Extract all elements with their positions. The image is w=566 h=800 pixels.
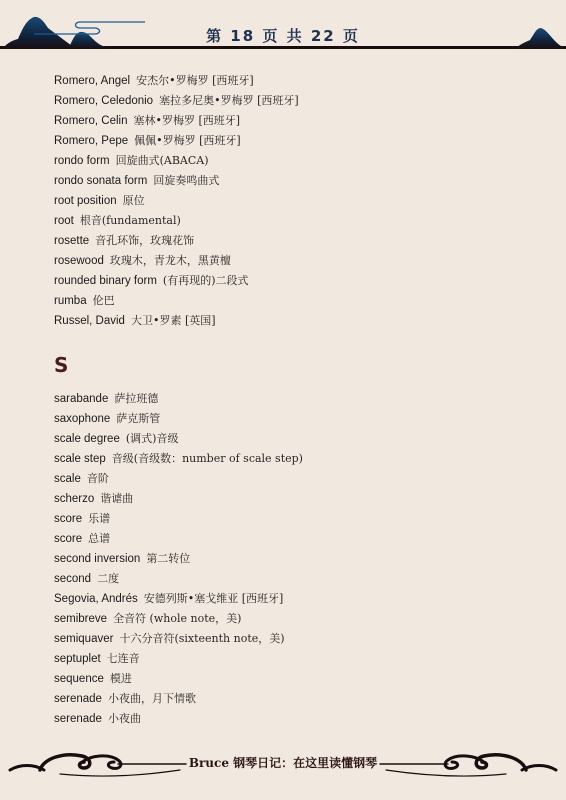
term-en: rondo form [54,155,110,167]
s-entries-list: sarabande萨拉班德 saxophone萨克斯管 scale degree… [54,389,534,729]
term-en: serenade [54,713,102,725]
term-en: Segovia, Andrés [54,593,138,605]
term-zh: 十六分音符(sixteenth note，美) [119,632,284,645]
term-en: semiquaver [54,633,113,645]
list-item: scale degree(调式)音级 [54,429,534,449]
term-zh: 佩佩•罗梅罗 [西班牙] [134,134,241,147]
term-en: rondo sonata form [54,175,147,187]
term-en: rosewood [54,255,104,267]
list-item: root根音(fundamental) [54,211,534,231]
term-zh: 大卫•罗素 [英国] [131,314,216,327]
term-en: second inversion [54,553,140,565]
list-item: serenade小夜曲，月下情歌 [54,689,534,709]
section-heading-s: S [54,345,534,385]
term-zh: 塞拉多尼奥•罗梅罗 [西班牙] [159,94,299,107]
term-zh: 回旋奏鸣曲式 [153,174,219,187]
page-footer: Bruce 钢琴日记：在这里读懂钢琴 [0,740,566,780]
term-en: semibreve [54,613,107,625]
term-zh: 原位 [123,194,145,207]
list-item: semiquaver十六分音符(sixteenth note，美) [54,629,534,649]
term-zh: 小夜曲 [108,712,141,725]
list-item: sequence模进 [54,669,534,689]
term-en: septuplet [54,653,101,665]
term-en: saxophone [54,413,110,425]
term-en: root position [54,195,117,207]
list-item: rosewood玫瑰木，青龙木，黑黄檀 [54,251,534,271]
list-item: saxophone萨克斯管 [54,409,534,429]
list-item: rounded binary form(有再现的)二段式 [54,271,534,291]
term-zh: 安德列斯•塞戈维亚 [西班牙] [144,592,284,605]
list-item: Romero, Angel安杰尔•罗梅罗 [西班牙] [54,71,534,91]
list-item: Romero, Celedonio塞拉多尼奥•罗梅罗 [西班牙] [54,91,534,111]
term-en: Romero, Celin [54,115,128,127]
term-en: sequence [54,673,104,685]
term-en: Russel, David [54,315,125,327]
list-item: score乐谱 [54,509,534,529]
list-item: second inversion第二转位 [54,549,534,569]
term-zh: 音级(音级数：number of scale step) [112,452,303,465]
term-zh: 模进 [110,672,132,685]
term-zh: 乐谱 [88,512,110,525]
term-en: scherzo [54,493,94,505]
term-en: root [54,215,74,227]
list-item: semibreve全音符 (whole note，美) [54,609,534,629]
term-zh: 总谱 [88,532,110,545]
page-number-label: 第 18 页 共 22 页 [0,25,566,46]
list-item: Romero, Celin塞林•罗梅罗 [西班牙] [54,111,534,131]
r-entries-list: Romero, Angel安杰尔•罗梅罗 [西班牙] Romero, Celed… [54,71,534,331]
term-zh: (有再现的)二段式 [163,274,249,287]
term-en: second [54,573,91,585]
term-en: rounded binary form [54,275,157,287]
footer-slogan: Bruce 钢琴日记：在这里读懂钢琴 [0,754,566,771]
term-zh: 谐谑曲 [100,492,133,505]
term-en: serenade [54,693,102,705]
list-item: rondo sonata form回旋奏鸣曲式 [54,171,534,191]
list-item: score总谱 [54,529,534,549]
term-en: Romero, Celedonio [54,95,153,107]
list-item: rumba伦巴 [54,291,534,311]
term-zh: 小夜曲，月下情歌 [108,692,196,705]
list-item: second二度 [54,569,534,589]
list-item: scale音阶 [54,469,534,489]
term-en: scale [54,473,81,485]
term-en: score [54,533,82,545]
term-en: Romero, Pepe [54,135,128,147]
page-header: 第 18 页 共 22 页 [0,0,566,60]
list-item: sarabande萨拉班德 [54,389,534,409]
term-en: scale degree [54,433,120,445]
term-zh: 二度 [97,572,119,585]
term-zh: 回旋曲式(ABACA) [116,154,209,167]
term-zh: 全音符 (whole note，美) [113,612,241,625]
glossary-content: Romero, Angel安杰尔•罗梅罗 [西班牙] Romero, Celed… [54,71,534,729]
term-zh: 音阶 [87,472,109,485]
term-zh: 安杰尔•罗梅罗 [西班牙] [136,74,254,87]
term-zh: 萨克斯管 [116,412,160,425]
term-zh: 玫瑰木，青龙木，黑黄檀 [110,254,231,267]
term-zh: 音孔环饰，玫瑰花饰 [95,234,194,247]
term-en: score [54,513,82,525]
term-zh: 伦巴 [93,294,115,307]
term-zh: 第二转位 [146,552,190,565]
term-zh: 七连音 [107,652,140,665]
list-item: scherzo谐谑曲 [54,489,534,509]
term-en: sarabande [54,393,108,405]
list-item: serenade小夜曲 [54,709,534,729]
list-item: Segovia, Andrés安德列斯•塞戈维亚 [西班牙] [54,589,534,609]
list-item: scale step音级(音级数：number of scale step) [54,449,534,469]
term-zh: 根音(fundamental) [80,214,181,227]
term-zh: (调式)音级 [126,432,179,445]
term-en: Romero, Angel [54,75,130,87]
term-en: rumba [54,295,87,307]
term-zh: 塞林•罗梅罗 [西班牙] [134,114,241,127]
list-item: root position原位 [54,191,534,211]
list-item: Russel, David大卫•罗素 [英国] [54,311,534,331]
list-item: Romero, Pepe佩佩•罗梅罗 [西班牙] [54,131,534,151]
list-item: rosette音孔环饰，玫瑰花饰 [54,231,534,251]
term-en: rosette [54,235,89,247]
term-en: scale step [54,453,106,465]
list-item: rondo form回旋曲式(ABACA) [54,151,534,171]
term-zh: 萨拉班德 [114,392,158,405]
list-item: septuplet七连音 [54,649,534,669]
